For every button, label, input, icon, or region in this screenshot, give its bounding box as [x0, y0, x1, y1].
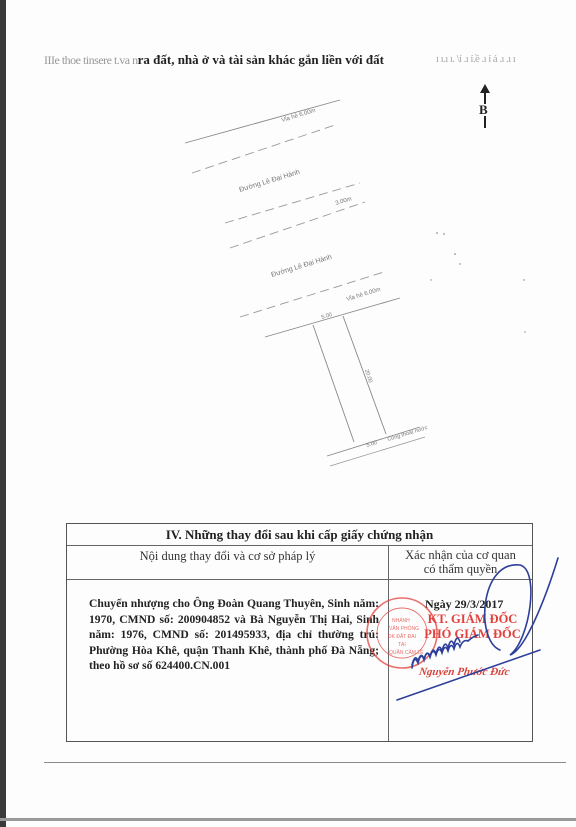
- change-entry-date: Ngày 29/3/2017: [425, 597, 503, 612]
- col-header-confirm: Xác nhận của cơ quan có thẩm quyền: [389, 548, 532, 576]
- page-bottom-edge: [44, 762, 566, 763]
- signer-title-line2: PHÓ GIÁM ĐỐC: [415, 627, 530, 642]
- col-header-content: Nội dung thay đổi và cơ sở pháp lý: [67, 539, 388, 573]
- column-divider: [388, 545, 389, 741]
- label-drainage: Cống thoát nước: [387, 425, 429, 443]
- changes-table-header-row: Nội dung thay đổi và cơ sở pháp lý Xác n…: [67, 545, 532, 580]
- label-road-2: Đường Lê Đại Hành: [271, 254, 333, 279]
- label-plot-front-width: 5.00: [321, 312, 333, 321]
- col-header-confirm-line2: có thẩm quyền: [389, 562, 532, 576]
- label-sidewalk-bottom: Vỉa hè 6.00m: [346, 286, 382, 303]
- label-plot-back-width: 5.00: [366, 440, 378, 449]
- changes-table: IV. Những thay đổi sau khi cấp giấy chứn…: [66, 523, 533, 742]
- label-road-1: Đường Lê Đại Hành: [239, 169, 301, 194]
- change-entry-content: Chuyển nhượng cho Ông Đoàn Quang Thuyên,…: [89, 596, 379, 674]
- signer-title: KT. GIÁM ĐỐC PHÓ GIÁM ĐỐC: [415, 612, 530, 642]
- scan-bottom-edge: [0, 818, 576, 821]
- signer-name: Nguyễn Phước Đức: [418, 666, 510, 678]
- signer-title-line1: KT. GIÁM ĐỐC: [415, 612, 530, 627]
- col-header-confirm-line1: Xác nhận của cơ quan: [389, 548, 532, 562]
- label-median: 3.00m: [335, 196, 353, 207]
- plot-diagram: Vỉa hè 6.00m Đường Lê Đại Hành 3.00m Đườ…: [0, 0, 576, 520]
